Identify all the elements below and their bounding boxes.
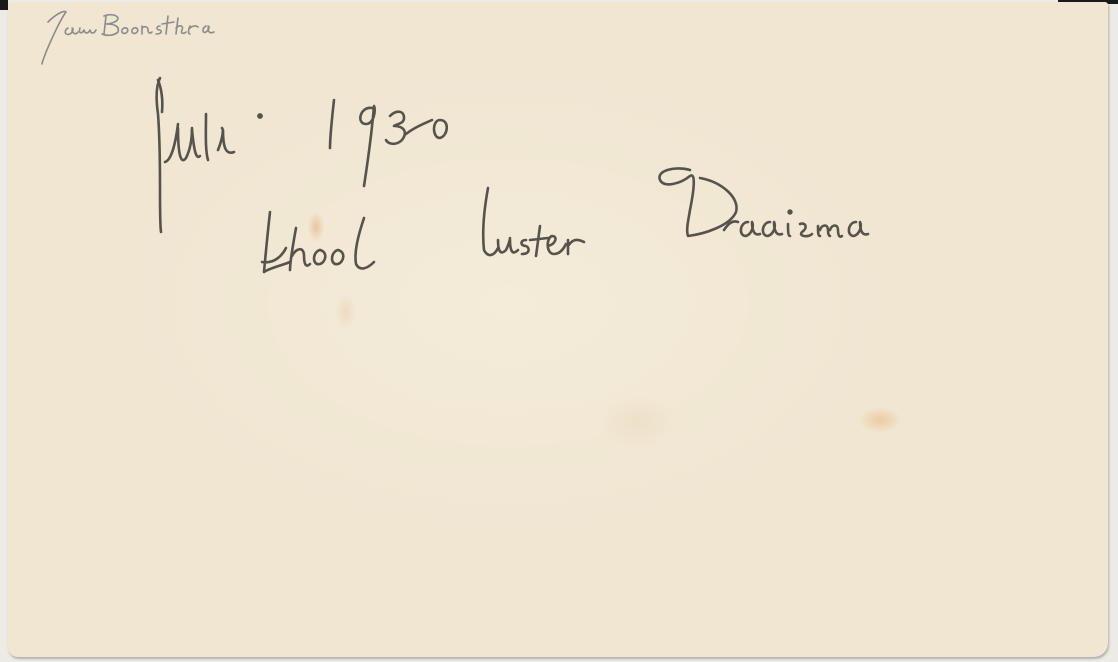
card-back: Jan Boonstra Juli 1930 School Luster Dra…: [8, 2, 1108, 657]
pencil-signature: [42, 11, 214, 64]
handwriting-layer: [8, 2, 1108, 657]
scan-border-corner: [0, 0, 8, 10]
handwriting-line1: [157, 78, 447, 232]
handwriting-line2: [262, 168, 868, 272]
